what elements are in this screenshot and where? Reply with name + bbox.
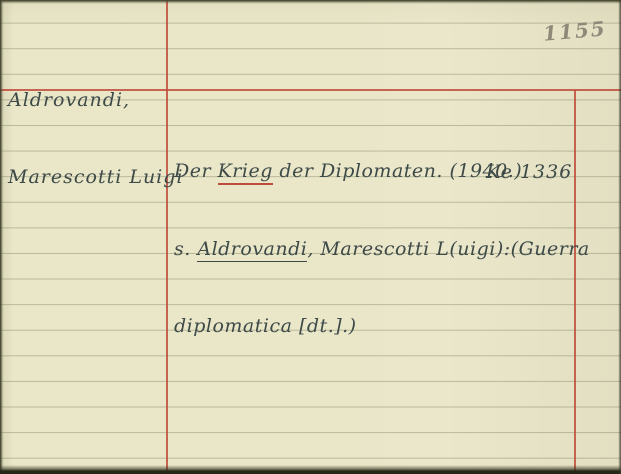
author-heading-line-1: Aldrovandi, <box>8 88 184 114</box>
author-heading-line-2: Marescotti Luigi <box>8 165 184 191</box>
card-edge-top <box>0 0 621 4</box>
title-text-post: der Diplomaten. (1940.) <box>273 160 522 182</box>
library-catalog-card: Aldrovandi, Marescotti Luigi 1155 Der Kr… <box>0 0 621 474</box>
reference-text-post: , Marescotti L(uigi):(Guerra <box>307 238 589 260</box>
reference-name-underlined: Aldrovandi <box>197 238 307 262</box>
title-word-underlined-red: Krieg <box>218 160 273 185</box>
reference-text-pre: s. <box>174 238 197 260</box>
author-heading: Aldrovandi, Marescotti Luigi <box>8 37 184 242</box>
card-edge-bottom <box>0 465 621 474</box>
shelfmark: Ke 1336 <box>486 160 572 186</box>
entry-body: Der Krieg der Diplomaten. (1940.) s. Ald… <box>174 108 590 391</box>
entry-reference-line: s. Aldrovandi, Marescotti L(uigi):(Guerr… <box>174 237 590 263</box>
title-text-pre: Der <box>174 160 218 182</box>
entry-reference-line-2: diplomatica [dt.].) <box>174 314 590 340</box>
card-edge-left <box>0 0 4 474</box>
